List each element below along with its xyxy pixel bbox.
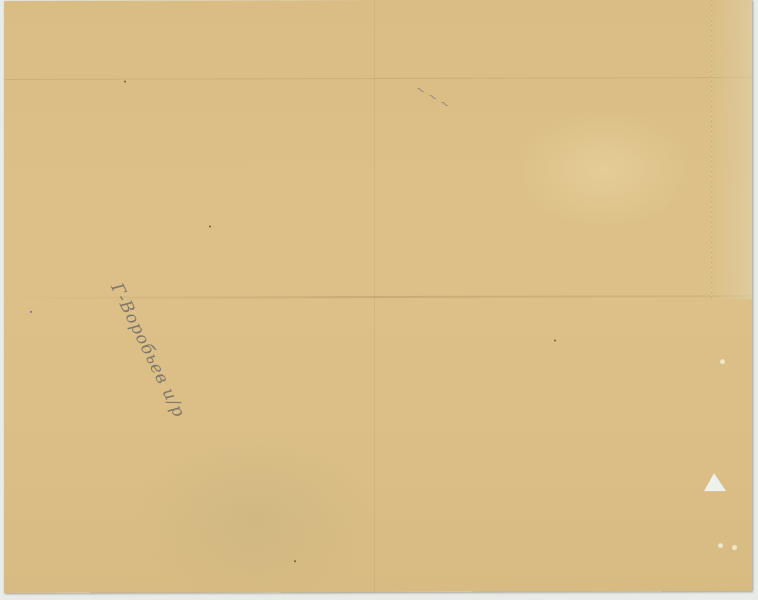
pin-hole bbox=[720, 359, 725, 364]
paper-sheet: ~ ~ ~ Г-Воробьев и/р bbox=[4, 0, 752, 593]
fold-line bbox=[4, 77, 752, 80]
speck bbox=[124, 81, 126, 83]
fold-line bbox=[374, 0, 375, 592]
speck bbox=[294, 560, 296, 562]
torn-edge bbox=[711, 0, 752, 299]
pencil-inscription: Г-Воробьев и/р bbox=[106, 280, 189, 421]
speck bbox=[30, 311, 32, 313]
faint-pencil-marks: ~ ~ ~ bbox=[413, 81, 453, 112]
speck bbox=[209, 225, 211, 227]
paper-hole bbox=[704, 473, 726, 491]
pin-hole bbox=[718, 543, 723, 548]
pin-hole bbox=[732, 545, 737, 550]
speck bbox=[554, 340, 556, 342]
